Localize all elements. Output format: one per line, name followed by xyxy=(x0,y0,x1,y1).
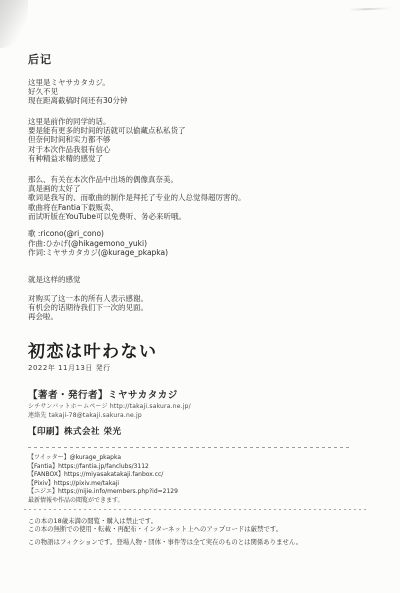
credit-composer-line: 作曲:ひかげ(@hikagemono_yuki) xyxy=(28,239,168,249)
song-credits: 歌 :ricono(@ri_cono) 作曲:ひかげ(@hikagemono_y… xyxy=(28,229,168,258)
scanned-afterword-page: 后记 这里是ミヤサカタカジ。 好久不见 现在距离截稿时间还有30分钟 这里是前作… xyxy=(0,0,400,593)
link-fantia: 【Fantia】https://fantia.jp/fanclubs/3112 xyxy=(28,463,178,472)
afterword-line: 再会啦。 xyxy=(28,312,148,321)
credit-vocal-line: 歌 :ricono(@ri_cono) xyxy=(28,229,168,239)
scan-streak-artifact xyxy=(349,7,391,10)
afterword-line: 现在距离截稿时间还有30分钟 xyxy=(28,96,128,105)
afterword-previous-work-paragraph: 这里是前作的同学的话。 要是能有更多的时间的话就可以偷藏点私私货了 但奈何时间和… xyxy=(28,117,186,163)
fiction-disclaimer: この物語はフィクションです。登場人物・団体・事件等は全て実在のものとは関係ありま… xyxy=(28,538,302,546)
book-title: 初恋は叶わない xyxy=(28,337,158,362)
afterword-line: 歌曲将在Fantia下载贩卖、 xyxy=(28,203,246,212)
afterword-line: 那么、有关在本次作品中出场的偶像真奈美。 xyxy=(28,175,246,184)
social-links-list: 【ツイッター】@kurage_pkapka 【Fantia】https://fa… xyxy=(28,454,178,506)
contact-email-line: 連絡先 takaji-78@takaji.sakura.ne.jp xyxy=(28,410,142,419)
link-twitter: 【ツイッター】@kurage_pkapka xyxy=(28,454,178,463)
afterword-line: 这里是前作的同学的话。 xyxy=(28,117,186,126)
link-nijie: 【ニジエ】https://nijie.info/members.php?id=2… xyxy=(28,488,178,497)
dashed-divider-bottom xyxy=(24,509,368,510)
afterword-thanks-paragraph: 对购买了这一本的所有人表示感谢。 有机会的话期待我们下一次的见面。 再会啦。 xyxy=(28,294,148,322)
dashed-divider-top xyxy=(28,447,350,448)
link-fanbox: 【FANBOX】https://miyasakatakaji.fanbox.cc… xyxy=(28,471,178,480)
afterword-idol-paragraph: 那么、有关在本次作品中出场的偶像真奈美。 真是画的太好了 歌词是我写的、而歌曲的… xyxy=(28,175,246,221)
notice-line: この本の無断での使用・転載・再配布・インターネット上へのアップロードは厳禁です。 xyxy=(28,525,282,533)
afterword-line: 对购买了这一本的所有人表示感谢。 xyxy=(28,294,148,303)
homepage-line: シチサンバットホームページ http://takaji.sakura.ne.jp… xyxy=(28,401,191,410)
afterword-line: 有种精益求精的感觉了 xyxy=(28,154,186,163)
credit-lyrics-line: 作词:ミヤサカタカジ(@kurage_pkapka) xyxy=(28,248,168,258)
restriction-notice: この本の18歳未満の閲覧・購入は禁止です。 この本の無断での使用・転載・再配布・… xyxy=(28,517,282,534)
author-publisher-line: 【著者・発行者】ミヤサカタカジ xyxy=(28,387,178,401)
afterword-line: 但奈何时间和实力都不够 xyxy=(28,135,186,144)
afterword-line: 而试听版在YouTube可以免费听、务必来听哦。 xyxy=(28,212,246,221)
scan-corner-artifact xyxy=(0,0,28,48)
afterword-line: 这里是ミヤサカタカジ。 xyxy=(28,78,128,87)
afterword-closing-feeling: 就是这样的感觉 xyxy=(28,275,81,284)
afterword-heading: 后记 xyxy=(28,51,52,67)
printer-line: 【印刷】株式会社 栄光 xyxy=(28,425,121,437)
afterword-line: 歌词是我写的、而歌曲的制作是拜托了专业的人总觉得超厉害的。 xyxy=(28,193,246,202)
publish-date: 2022年 11月13日 発行 xyxy=(28,363,111,373)
afterword-line: 对于本次作品我很有信心 xyxy=(28,145,186,154)
afterword-intro-paragraph: 这里是ミヤサカタカジ。 好久不见 现在距离截稿时间还有30分钟 xyxy=(28,78,128,106)
links-note: 最新情報や作品の閲覧ができます。 xyxy=(28,497,178,506)
